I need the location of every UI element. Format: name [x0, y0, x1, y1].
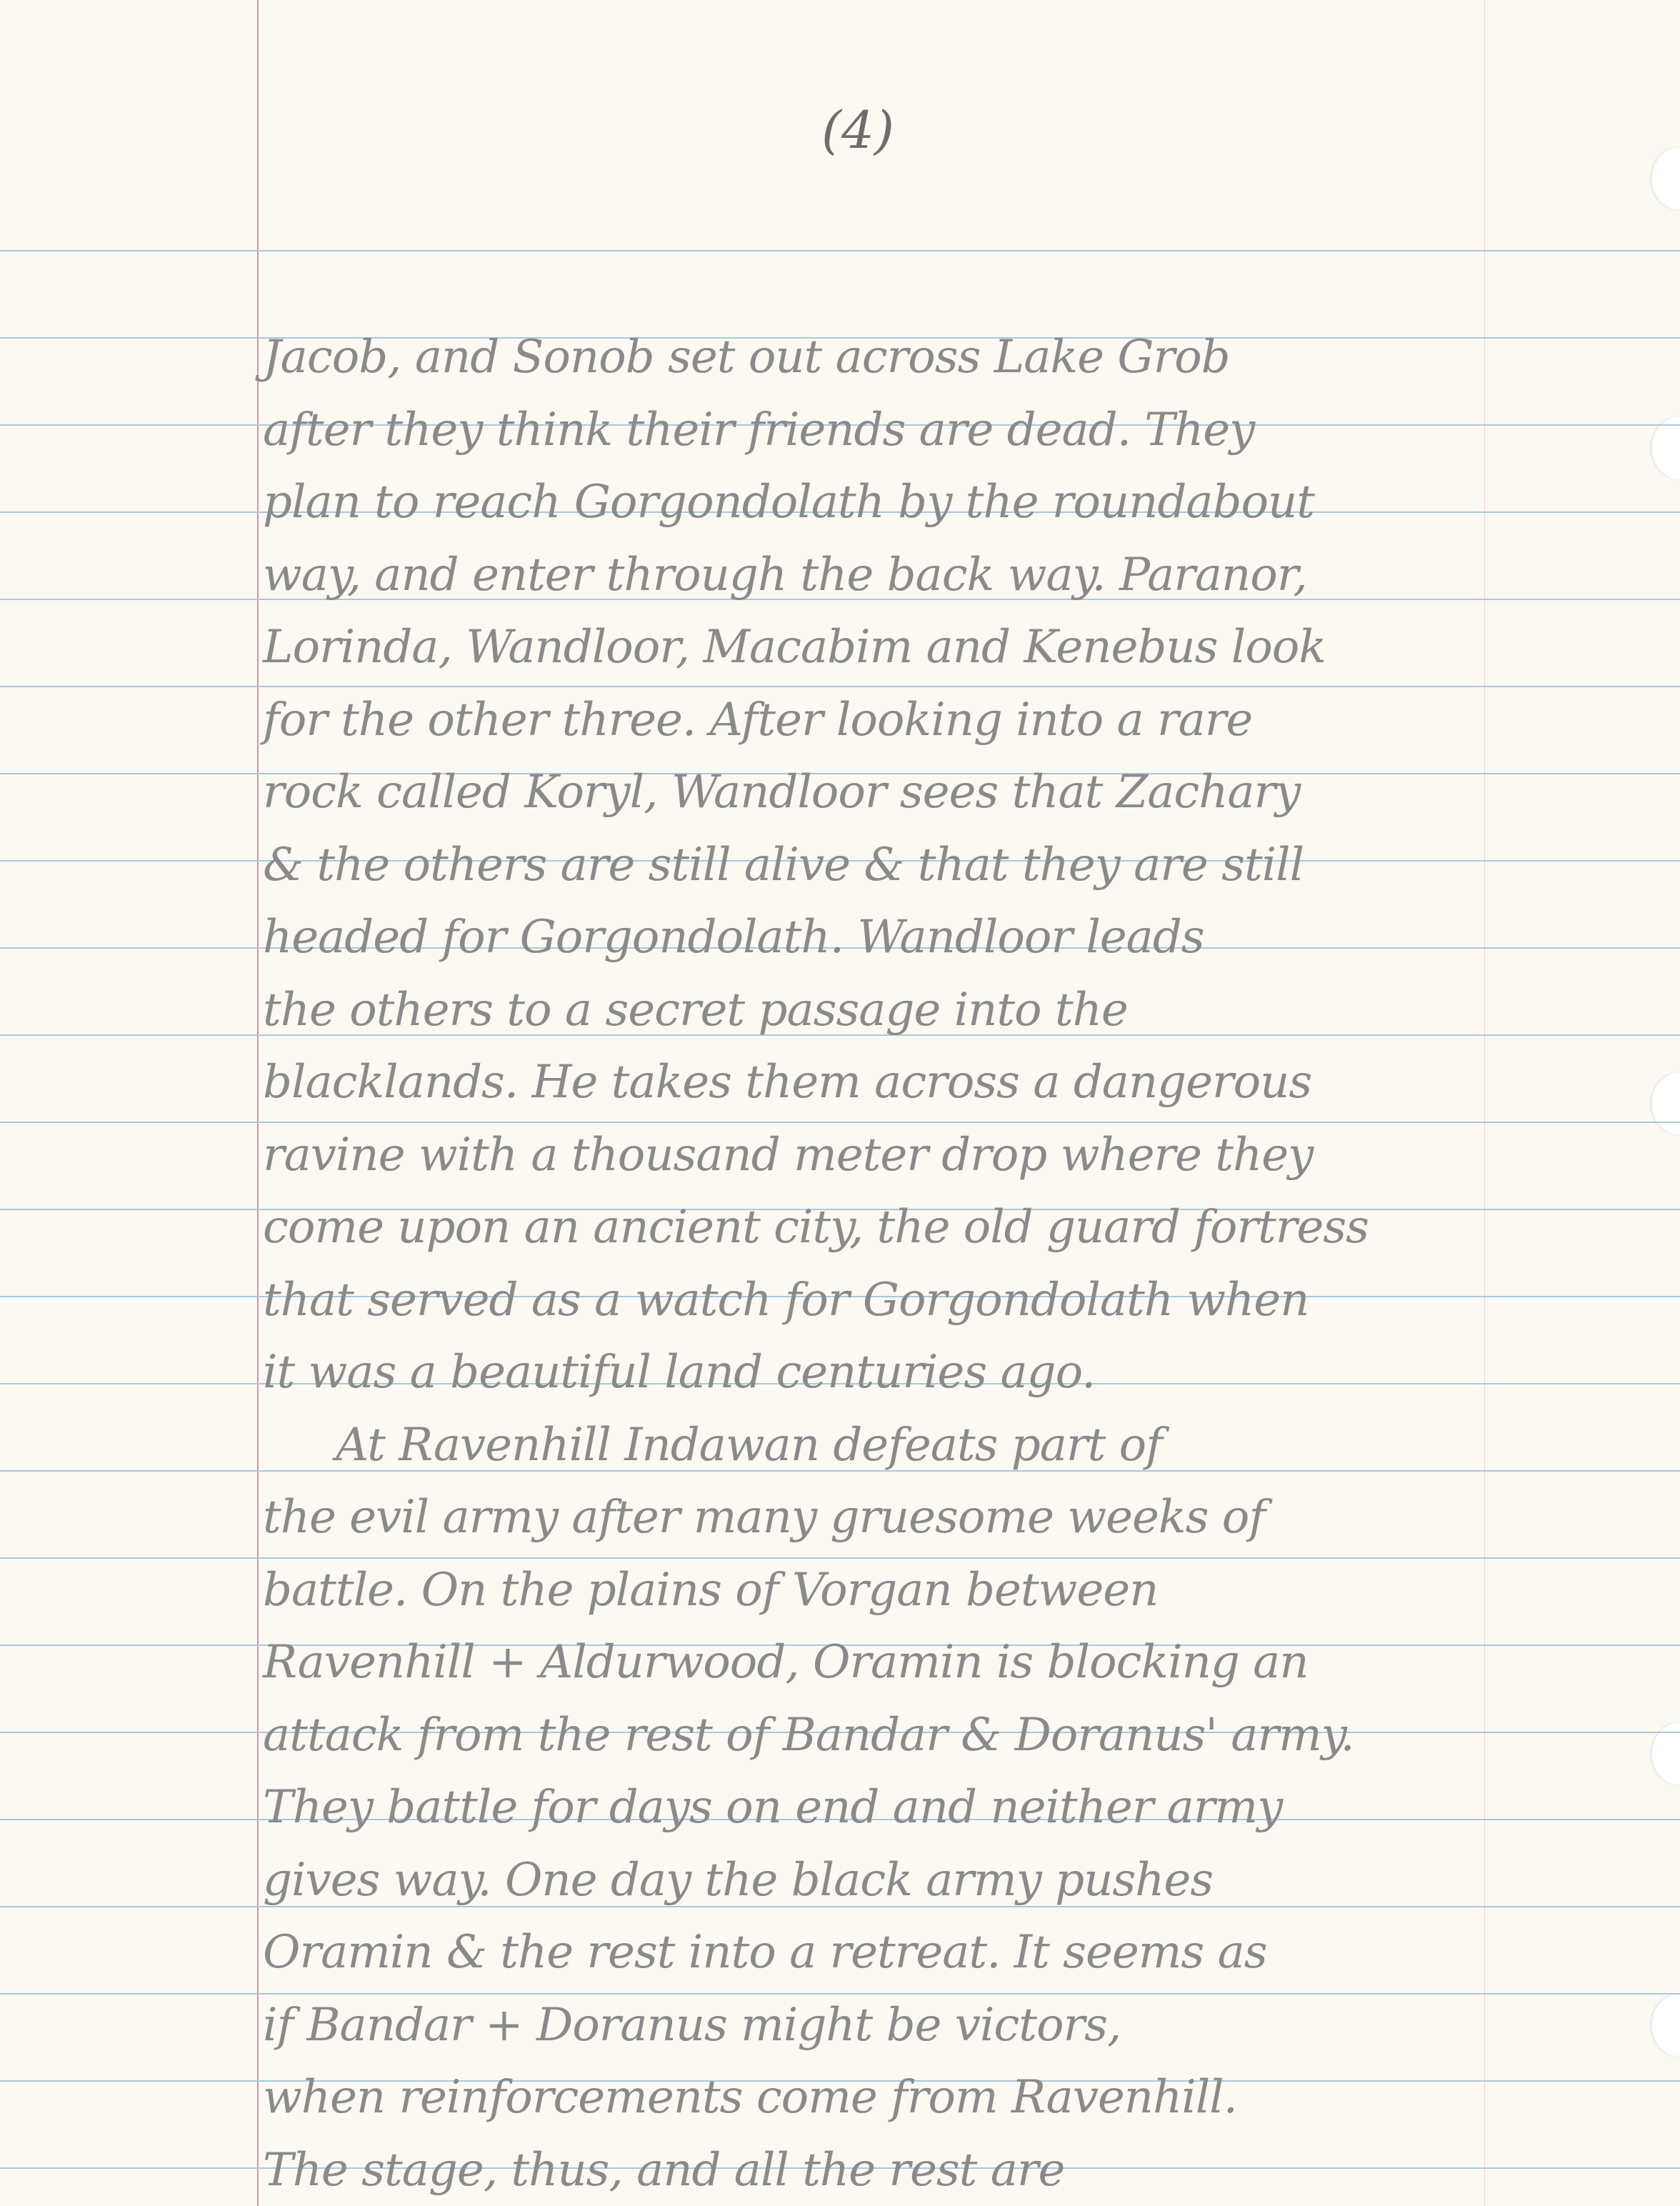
- handwritten-line: when reinforcements come from Ravenhill.: [263, 2075, 1606, 2120]
- page-number: (4): [821, 100, 894, 160]
- handwritten-line: after they think their friends are dead.…: [263, 407, 1606, 453]
- ruled-line: [0, 1993, 1680, 1995]
- ruled-line: [0, 250, 1680, 251]
- punch-hole: [1650, 146, 1680, 211]
- notebook-page: (4) Jacob, and Sonob set out across Lake…: [0, 0, 1680, 2206]
- handwritten-line: ravine with a thousand meter drop where …: [263, 1132, 1606, 1178]
- handwritten-line: way, and enter through the back way. Par…: [263, 552, 1606, 598]
- handwritten-line: rock called Koryl, Wandloor sees that Za…: [263, 769, 1606, 815]
- punch-hole: [1650, 1072, 1680, 1136]
- handwritten-line: Ravenhill + Aldurwood, Oramin is blockin…: [263, 1639, 1606, 1685]
- handwritten-line: & the others are still alive & that they…: [263, 842, 1606, 888]
- handwritten-line: that served as a watch for Gorgondolath …: [263, 1277, 1606, 1323]
- handwritten-line: the evil army after many gruesome weeks …: [263, 1494, 1606, 1540]
- handwritten-line: for the other three. After looking into …: [263, 697, 1606, 743]
- handwritten-line: Oramin & the rest into a retreat. It see…: [263, 1930, 1606, 1975]
- handwritten-line: At Ravenhill Indawan defeats part of: [336, 1422, 1679, 1468]
- margin-line: [257, 0, 259, 2206]
- handwritten-line: headed for Gorgondolath. Wandloor leads: [263, 914, 1606, 960]
- handwritten-line: They battle for days on end and neither …: [263, 1785, 1606, 1830]
- handwritten-line: Lorinda, Wandloor, Macabim and Kenebus l…: [263, 624, 1606, 670]
- handwritten-line: The stage, thus, and all the rest are: [263, 2147, 1606, 2193]
- handwritten-line: Jacob, and Sonob set out across Lake Gro…: [263, 334, 1606, 380]
- handwritten-line: gives way. One day the black army pushes: [263, 1857, 1606, 1903]
- handwritten-line: the others to a secret passage into the: [263, 987, 1606, 1033]
- handwritten-line: battle. On the plains of Vorgan between: [263, 1567, 1606, 1613]
- handwritten-line: if Bandar + Doranus might be victors,: [263, 2002, 1606, 2048]
- handwritten-line: it was a beautiful land centuries ago.: [263, 1349, 1606, 1395]
- ruled-line: [0, 1557, 1680, 1559]
- punch-hole: [1650, 1993, 1680, 2057]
- handwritten-line: plan to reach Gorgondolath by the rounda…: [263, 479, 1606, 525]
- ruled-line: [0, 686, 1680, 687]
- ruled-line: [0, 1122, 1680, 1123]
- handwritten-line: come upon an ancient city, the old guard…: [263, 1204, 1606, 1250]
- handwritten-line: attack from the rest of Bandar & Doranus…: [263, 1712, 1606, 1758]
- handwritten-line: blacklands. He takes them across a dange…: [263, 1059, 1606, 1105]
